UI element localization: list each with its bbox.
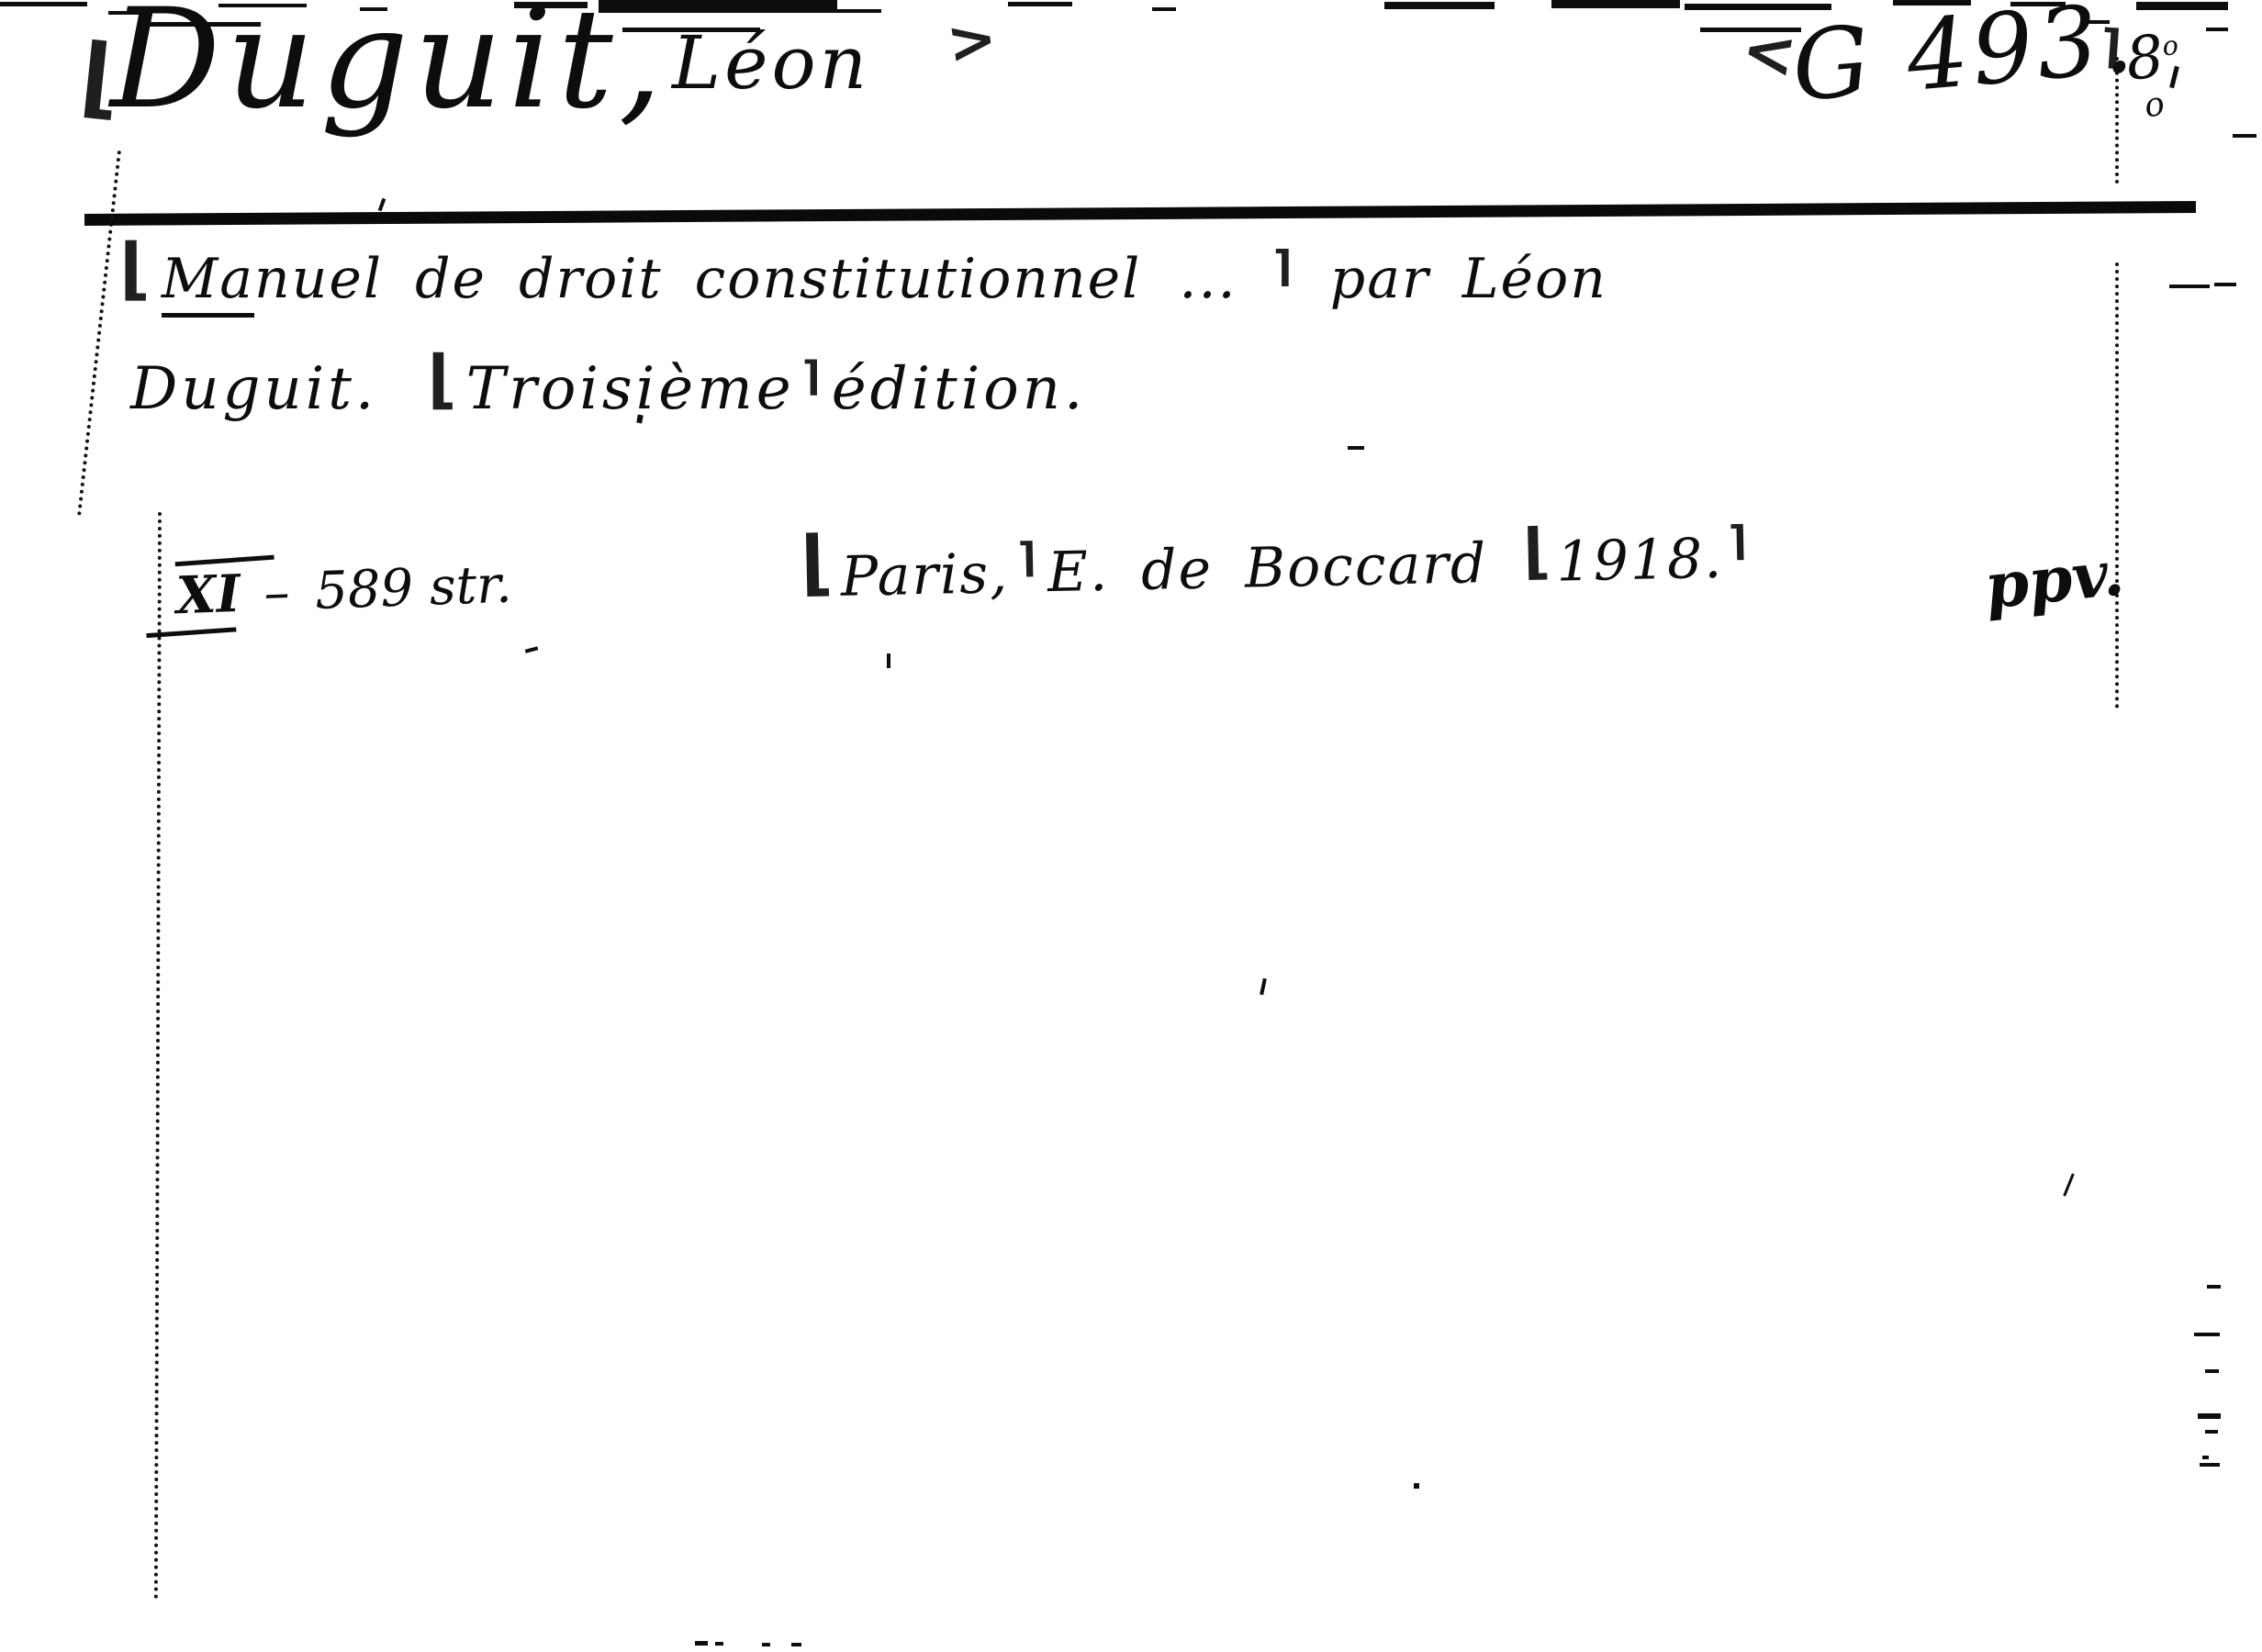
imprint-year-open-mark: ⌊ [1522,516,1553,587]
annotation-ppv: ppv. [1981,536,2127,623]
title-line-2: Duguit. ⌊Troisième⌉édition. [130,349,1086,424]
call-number-close-mark: ⌉ [2099,19,2123,73]
scan-noise-mark [762,1643,770,1646]
author-forename: Léon [672,20,870,106]
title-rest: nuel de droit constitutionnel [254,247,1141,311]
scan-noise-mark [2169,285,2210,288]
title-line-1: ⌊Manuel de droit constitutionnel ... ⌉ p… [180,235,1607,314]
scan-noise-mark [2136,2,2228,10]
title-open-mark: ⌊ [119,229,152,308]
right-border-dotted-line-bottom [2115,262,2119,709]
scan-noise-mark [2063,1173,2075,1196]
left-border-dotted-line-bottom [154,512,162,1600]
edition-rest: édition. [832,355,1087,423]
scan-noise-mark [1384,2,1495,9]
format-statement: 8o [2122,21,2182,95]
collation-pages: 589 str. [314,555,512,621]
imprint-publisher: E. de Boccard [1047,531,1488,605]
line2-author: Duguit. [130,355,377,423]
byline-close-mark: ⌉ [1273,241,1294,291]
imprint-open-mark: ⌊ [800,521,836,605]
scan-noise-mark [2200,1463,2220,1467]
title-byline: par Léon [1330,247,1607,311]
imprint: ⌊Paris,⌉E. de Boccard ⌊1918.⌉ [800,511,1750,614]
collation-dash: – [263,563,290,623]
edition-word: Troisième [466,355,795,423]
imprint-year: 1918. [1556,527,1724,595]
imprint-place-close-mark: ⌉ [1017,534,1038,581]
edition-open-mark: ⌊ [428,341,461,417]
header-rule [84,201,2196,226]
collation: XI – 589 str. [172,551,513,636]
scan-noise-mark [2198,1413,2221,1419]
scan-noise-mark [2202,1456,2209,1459]
scan-noise-mark [2207,1285,2221,1289]
catalog-card: ⌊ Duguit, Léon > < G 493. ⌉ 8o o ⌊Manuel… [0,0,2262,1652]
scan-noise-mark [695,1641,708,1646]
author-surname: Duguit, [110,0,667,140]
imprint-year-close-mark: ⌉ [1728,518,1749,564]
insertion-close-mark: > [943,5,1001,79]
imprint-place: Paris, [840,541,1010,609]
scan-noise-mark [525,646,539,653]
scan-noise-mark [2233,134,2256,138]
scan-noise-mark [1152,7,1176,11]
scan-noise-mark [2194,1333,2220,1336]
format-below-mark: o [2142,84,2167,125]
scan-noise-mark [1260,978,1267,995]
title-underlined-part: Ma [162,247,254,318]
scan-noise-mark [887,653,890,668]
scan-noise-mark [791,1643,801,1646]
edition-close-mark: ⌉ [802,353,824,400]
scan-noise-mark [2206,28,2228,31]
scan-noise-mark [2205,1369,2219,1373]
scan-noise-mark [2214,283,2236,286]
left-border-dotted-line-top [77,151,121,516]
scan-noise-mark [1551,0,1680,8]
scan-noise-mark [0,2,87,6]
scan-noise-mark [1414,1483,1419,1489]
scan-noise-mark [1008,2,1072,6]
format-superscript: o [2161,29,2180,62]
scan-noise-mark [826,9,881,13]
scan-noise-mark [378,198,386,212]
collation-roman-numeral: XI [172,560,249,636]
scan-noise-mark [2205,1430,2218,1434]
right-border-dotted-line-top [2115,57,2119,184]
scan-noise-mark [715,1642,723,1646]
title-ellipsis: ... [1179,247,1237,311]
call-number: G 493. [1787,0,2140,123]
scan-noise-mark [1348,446,1364,450]
